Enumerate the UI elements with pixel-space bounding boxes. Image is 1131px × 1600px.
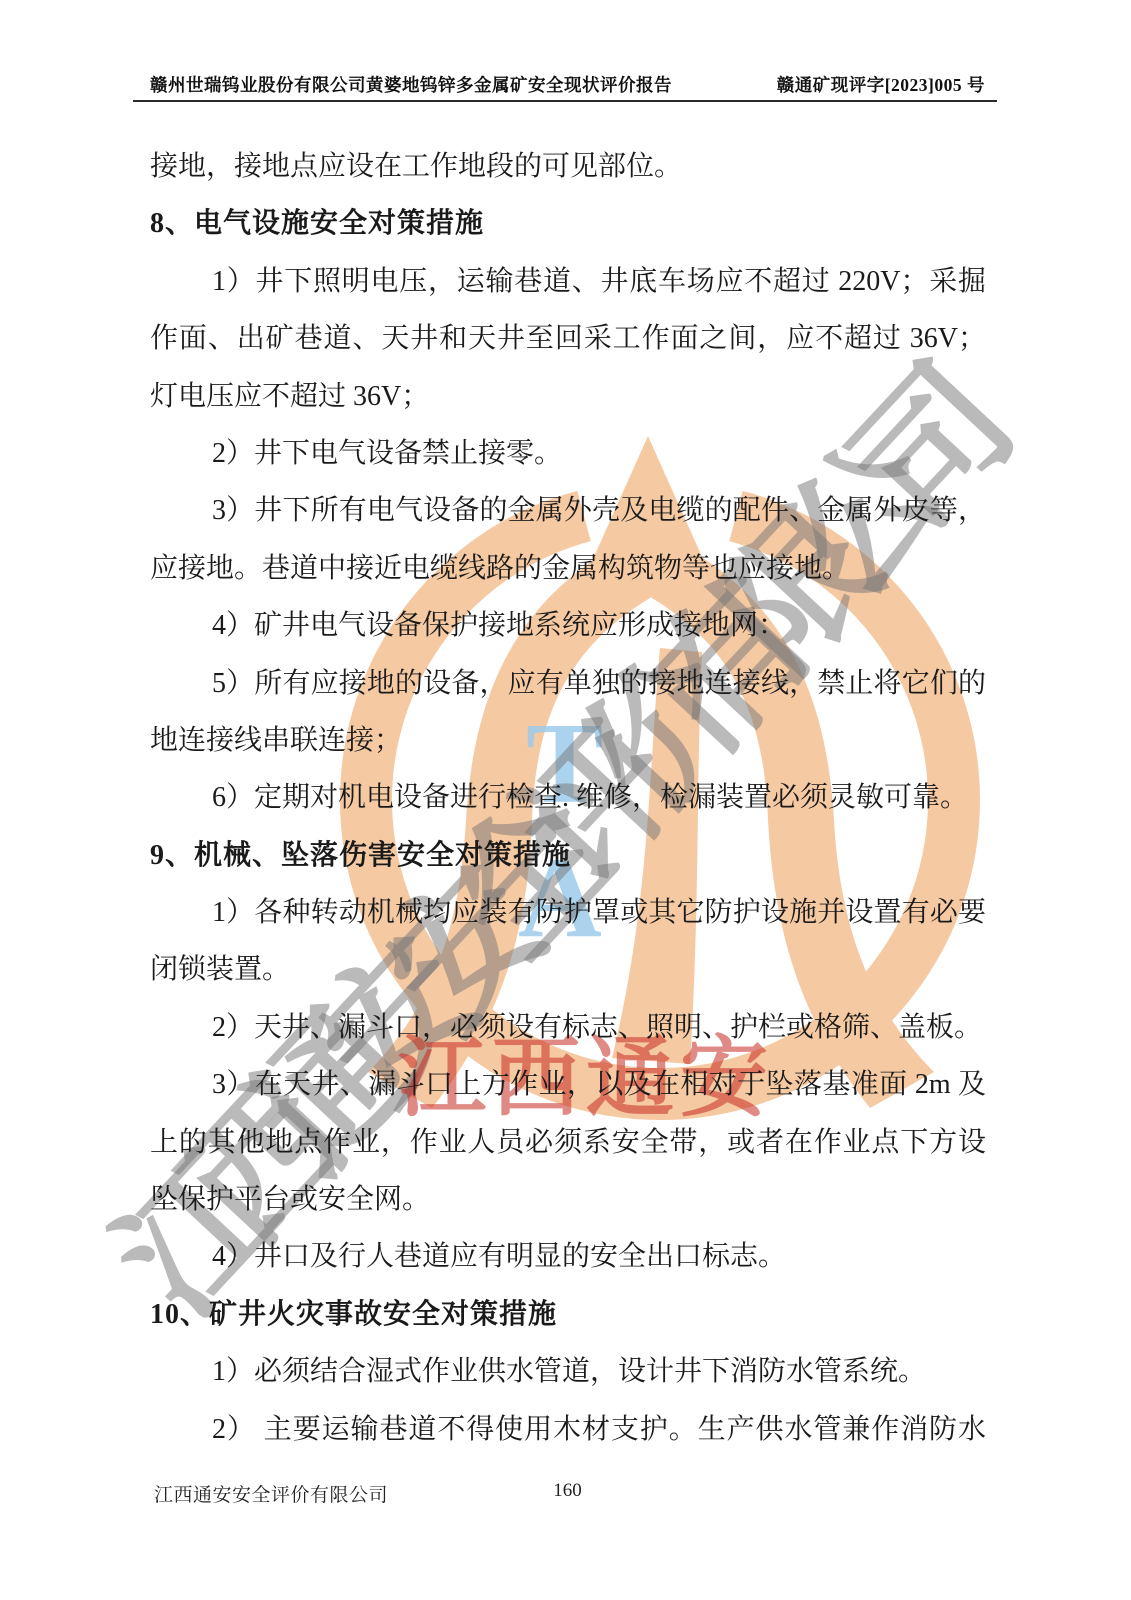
body-line: 闭锁装置。 [150,941,986,998]
body-line: 应接地。巷道中接近电缆线路的金属构筑物等也应接地。 [150,540,986,597]
body-line: 2） 主要运输巷道不得使用木材支护。生产供水管兼作消防水管 [150,1401,986,1458]
body-line: 2）井下电气设备禁止接零。 [150,425,986,482]
header-document-number: 赣通矿现评字[2023]005 号 [777,72,985,97]
document-page: T A 江西通安安全评价有限公司 江西通安 赣州世瑞钨业股份有限公司黄婆地钨锌多… [0,0,1131,1600]
body-line: 上的其他地点作业，作业人员必须系安全带，或者在作业点下方设防 [150,1114,986,1171]
body-line: 作面、出矿巷道、天井和天井至回采工作面之间，应不超过 36V；行 [150,310,986,367]
header-rule [133,100,997,102]
body-line: 地连接线串联连接； [150,712,986,769]
body-line: 1）井下照明电压，运输巷道、井底车场应不超过 220V；采掘工 [150,253,986,310]
section-heading: 9、机械、坠落伤害安全对策措施 [150,827,986,884]
body-line: 4）矿井电气设备保护接地系统应形成接地网： [150,597,986,654]
body-line: 灯电压应不超过 36V； [150,368,986,425]
body-line: 3）井下所有电气设备的金属外壳及电缆的配件、金属外皮等，都 [150,482,986,539]
section-heading: 10、矿井火灾事故安全对策措施 [150,1286,986,1343]
body-line: 5）所有应接地的设备，应有单独的接地连接线，禁止将它们的接 [150,655,986,712]
footer-page-number: 160 [150,1480,985,1502]
body-line: 6）定期对机电设备进行检查. 维修，检漏装置必须灵敏可靠。 [150,769,986,826]
body-line: 4）井口及行人巷道应有明显的安全出口标志。 [150,1228,986,1285]
header-report-title: 赣州世瑞钨业股份有限公司黄婆地钨锌多金属矿安全现状评价报告 [150,72,672,97]
body-line: 接地，接地点应设在工作地段的可见部位。 [150,138,986,195]
body-line: 1）必须结合湿式作业供水管道，设计井下消防水管系统。 [150,1343,986,1400]
body-line: 坠保护平台或安全网。 [150,1171,986,1228]
body-line: 3）在天井、漏斗口上方作业，以及在相对于坠落基准面 2m 及以 [150,1056,986,1113]
body-lines: 接地，接地点应设在工作地段的可见部位。8、电气设施安全对策措施1）井下照明电压，… [150,138,986,1458]
page-header: 赣州世瑞钨业股份有限公司黄婆地钨锌多金属矿安全现状评价报告 赣通矿现评字[202… [150,72,985,97]
body-line: 2）天井、漏斗口，必须设有标志、照明、护栏或格筛、盖板。 [150,999,986,1056]
body-line: 1）各种转动机械均应装有防护罩或其它防护设施并设置有必要的 [150,884,986,941]
section-heading: 8、电气设施安全对策措施 [150,195,986,252]
